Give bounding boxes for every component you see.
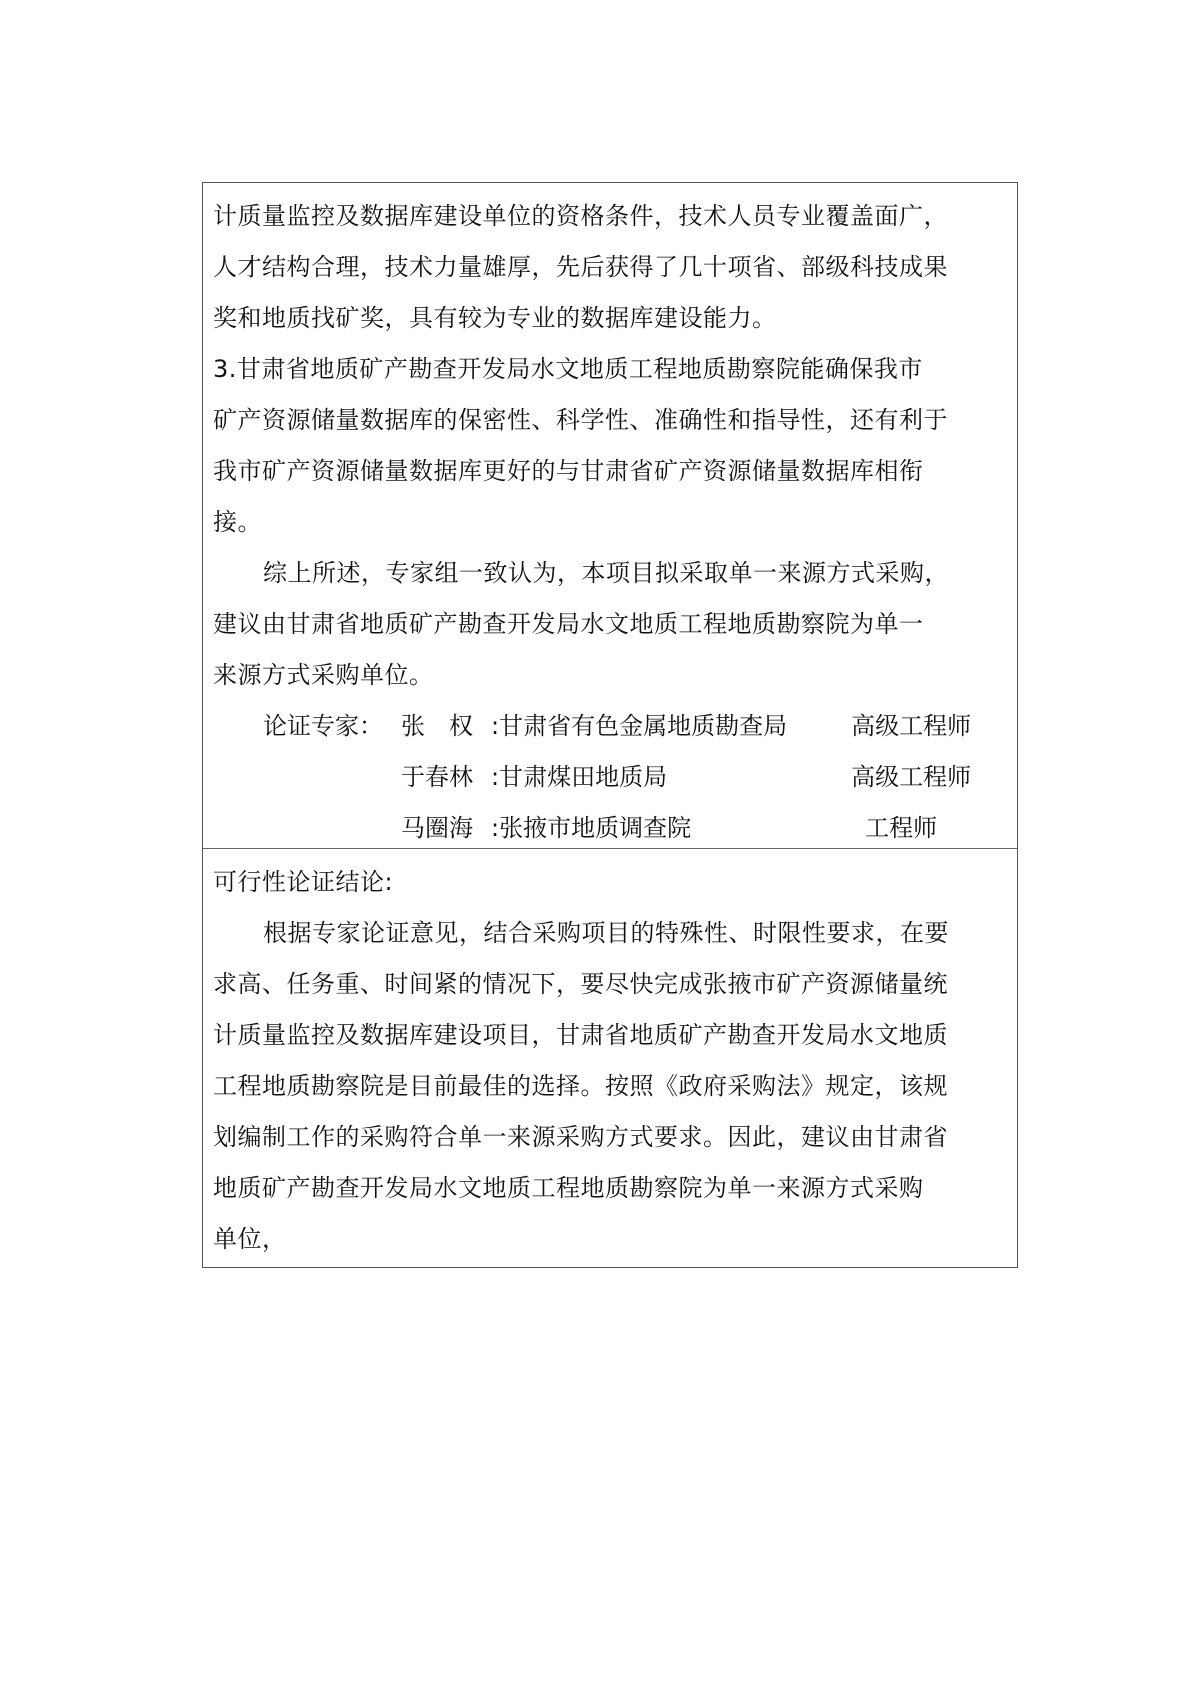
text-line: 根据专家论证意见，结合采购项目的特殊性、时限性要求，在要 [213, 908, 1007, 959]
text-line: 人才结构合理，技术力量雄厚，先后获得了几十项省、部级科技成果 [213, 242, 1007, 293]
text-line: 单位， [213, 1214, 1007, 1265]
summary-line: 来源方式采购单位。 [213, 650, 1007, 701]
expert-row: 论证专家： 张 权 : 甘肃省有色金属地质勘查局 高级工程师 [213, 701, 1007, 752]
expert-name: 马圈海 [401, 803, 491, 854]
text-line: 划编制工作的采购符合单一来源采购方式要求。因此，建议由甘肃省 [213, 1112, 1007, 1163]
separator: : [491, 803, 499, 854]
expert-title: 高级工程师 [851, 752, 991, 803]
text-line: 奖和地质找矿奖，具有较为专业的数据库建设能力。 [213, 293, 1007, 344]
experts-label: 论证专家： [213, 701, 401, 752]
separator: : [491, 701, 499, 752]
text-line: 工程地质勘察院是目前最佳的选择。按照《政府采购法》规定，该规 [213, 1061, 1007, 1112]
text-line: 我市矿产资源储量数据库更好的与甘肃省矿产资源储量数据库相衔 [213, 446, 1007, 497]
expert-name: 张 权 [401, 701, 491, 752]
expert-row: 马圈海 : 张掖市地质调查院 工程师 [213, 803, 1007, 854]
expert-org: 张掖市地质调查院 [499, 803, 851, 854]
expert-name: 于春林 [401, 752, 491, 803]
text-line: 计质量监控及数据库建设单位的资格条件，技术人员专业覆盖面广， [213, 191, 1007, 242]
expert-title: 工程师 [851, 803, 1005, 854]
text-line: 矿产资源储量数据库的保密性、科学性、准确性和指导性，还有利于 [213, 395, 1007, 446]
text-line: 计质量监控及数据库建设项目，甘肃省地质矿产勘查开发局水文地质 [213, 1010, 1007, 1061]
text-line: 接。 [213, 497, 1007, 548]
summary-line: 综上所述，专家组一致认为，本项目拟采取单一来源方式采购， [213, 548, 1007, 599]
conclusion-cell: 可行性论证结论: 根据专家论证意见，结合采购项目的特殊性、时限性要求，在要 求高… [203, 849, 1017, 1267]
separator: : [491, 752, 499, 803]
text-line: 地质矿产勘查开发局水文地质工程地质勘察院为单一来源方式采购 [213, 1163, 1007, 1214]
expert-opinion-cell: 计质量监控及数据库建设单位的资格条件，技术人员专业覆盖面广， 人才结构合理，技术… [203, 183, 1017, 849]
expert-org: 甘肃煤田地质局 [499, 752, 851, 803]
expert-title: 高级工程师 [851, 701, 991, 752]
text-line: 3.甘肃省地质矿产勘查开发局水文地质工程地质勘察院能确保我市 [213, 344, 1007, 395]
text-line: 求高、任务重、时间紧的情况下，要尽快完成张掖市矿产资源储量统 [213, 959, 1007, 1010]
expert-org: 甘肃省有色金属地质勘查局 [499, 701, 851, 752]
expert-row: 于春林 : 甘肃煤田地质局 高级工程师 [213, 752, 1007, 803]
summary-line: 建议由甘肃省地质矿产勘查开发局水文地质工程地质勘察院为单一 [213, 599, 1007, 650]
document-table: 计质量监控及数据库建设单位的资格条件，技术人员专业覆盖面广， 人才结构合理，技术… [202, 182, 1018, 1268]
conclusion-heading: 可行性论证结论: [213, 857, 1007, 908]
